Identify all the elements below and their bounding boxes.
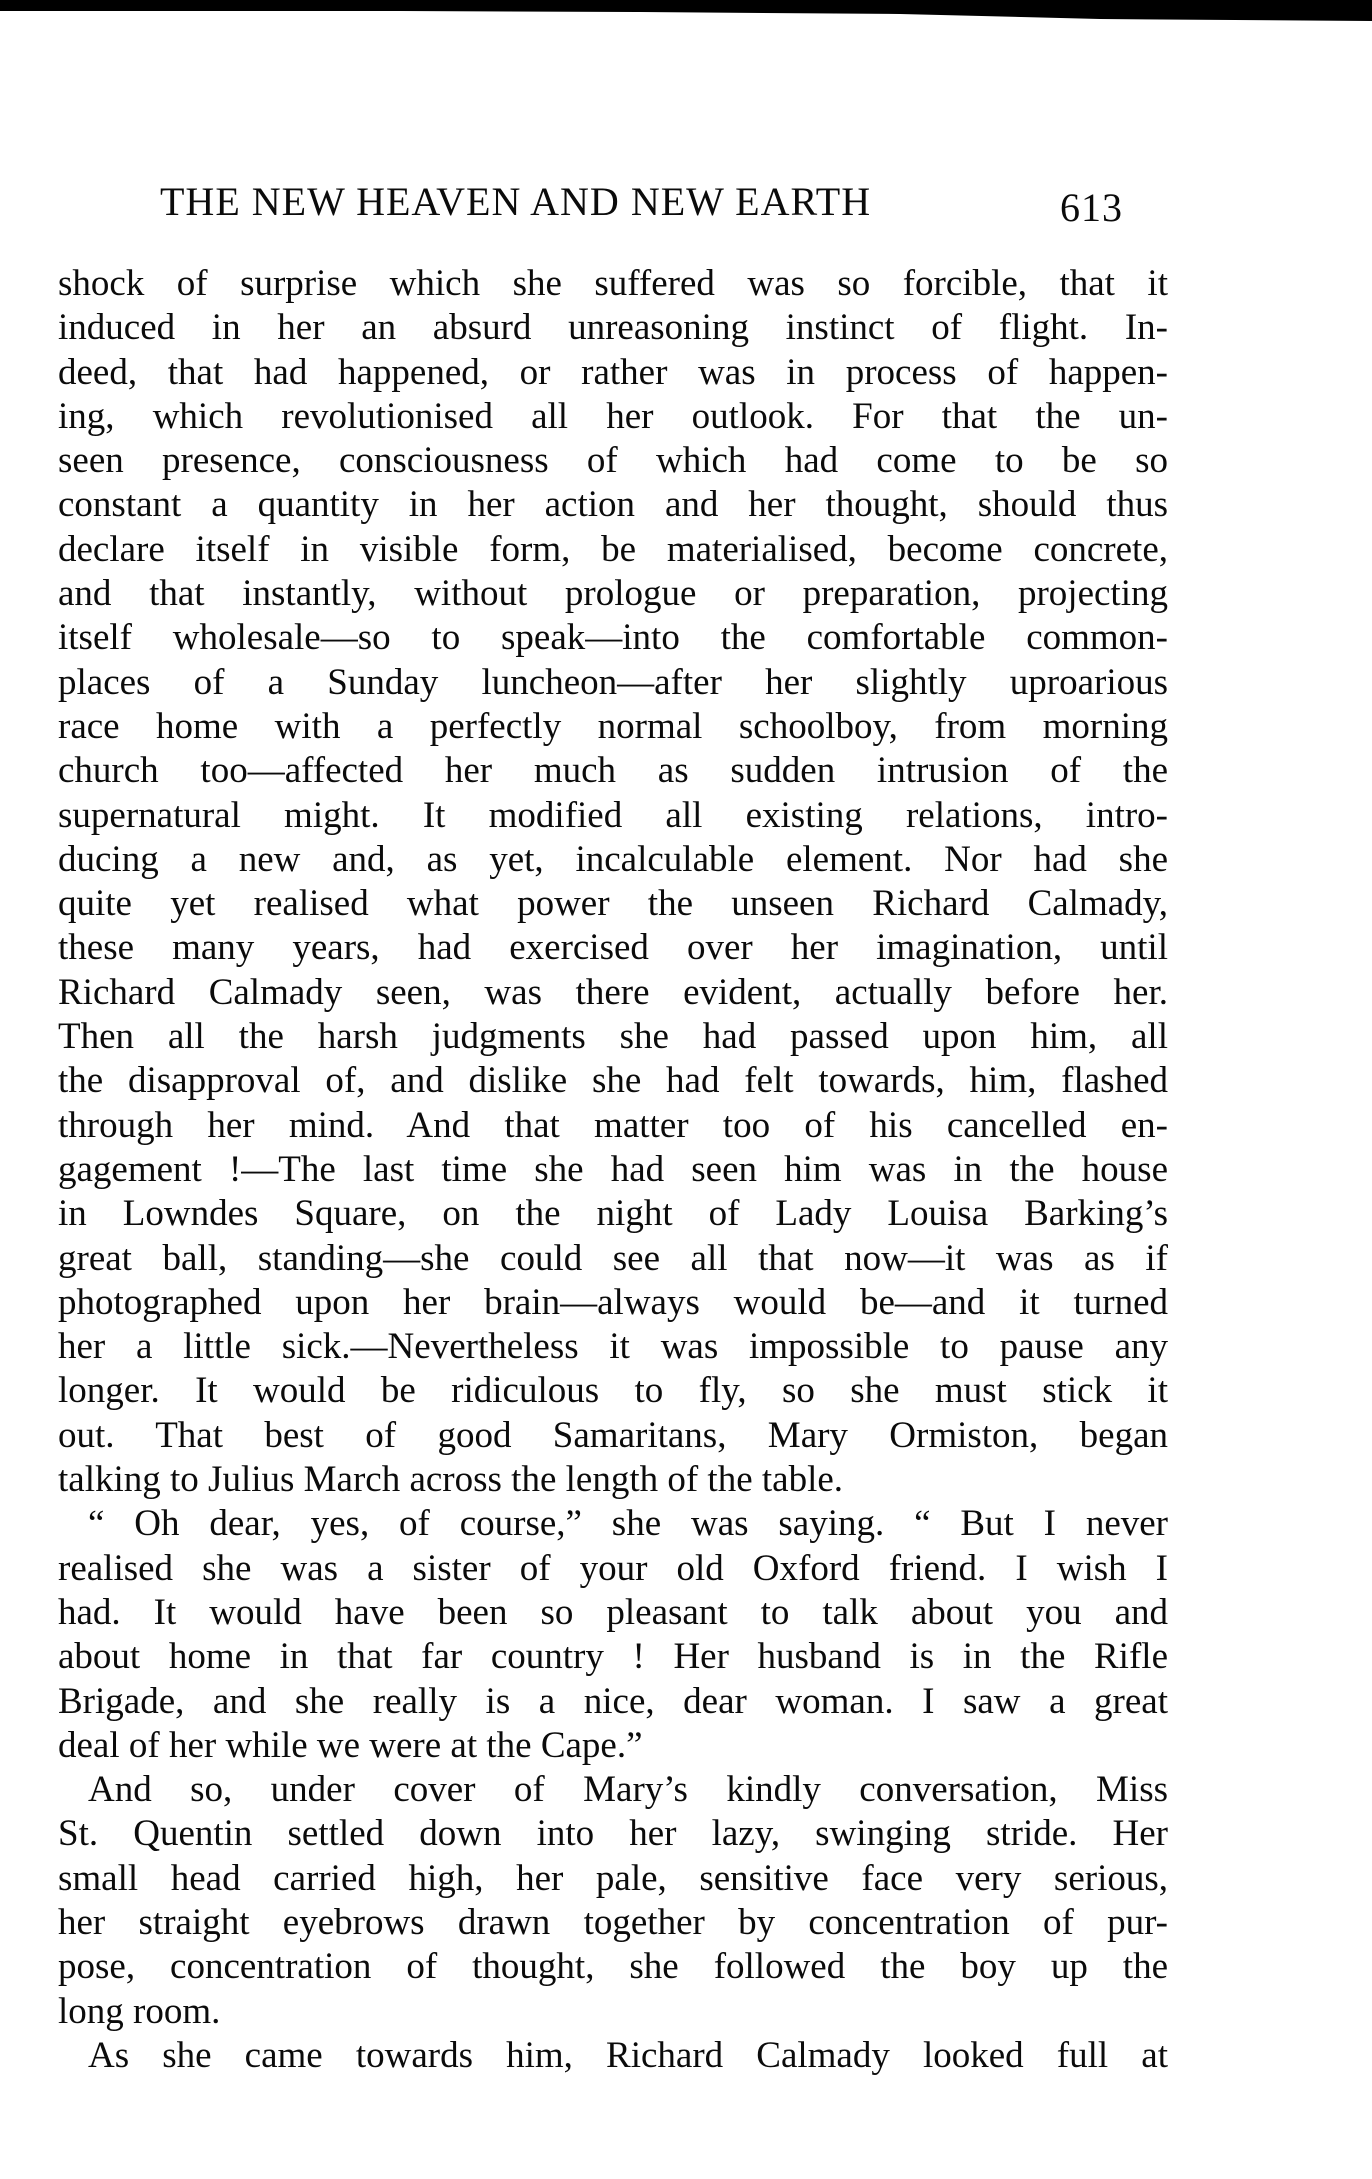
text-line: And so, under cover of Mary’s kindly con…: [58, 1768, 1168, 1812]
text-line: realised she was a sister of your old Ox…: [58, 1547, 1168, 1591]
text-line: quite yet realised what power the unseen…: [58, 882, 1168, 926]
text-line: through her mind. And that matter too of…: [58, 1104, 1168, 1148]
text-line: seen presence, consciousness of which ha…: [58, 439, 1168, 483]
text-line: great ball, standing—she could see all t…: [58, 1237, 1168, 1281]
text-line: out. That best of good Samaritans, Mary …: [58, 1414, 1168, 1458]
text-line: declare itself in visible form, be mater…: [58, 528, 1168, 572]
text-line: her straight eyebrows drawn together by …: [58, 1901, 1168, 1945]
text-line: Richard Calmady seen, was there evident,…: [58, 971, 1168, 1015]
chapter-title: THE NEW HEAVEN AND NEW EARTH: [160, 178, 871, 225]
text-line: St. Quentin settled down into her lazy, …: [58, 1812, 1168, 1856]
text-line: induced in her an absurd unreasoning ins…: [58, 306, 1168, 350]
page-number: 613: [1060, 184, 1123, 231]
text-line: longer. It would be ridiculous to fly, s…: [58, 1369, 1168, 1413]
text-line: small head carried high, her pale, sensi…: [58, 1857, 1168, 1901]
text-line: photographed upon her brain—always would…: [58, 1281, 1168, 1325]
text-line: these many years, had exercised over her…: [58, 926, 1168, 970]
text-line: race home with a perfectly normal school…: [58, 705, 1168, 749]
text-line: ing, which revolutionised all her outloo…: [58, 395, 1168, 439]
text-line: constant a quantity in her action and he…: [58, 483, 1168, 527]
text-line: about home in that far country ! Her hus…: [58, 1635, 1168, 1679]
text-line: the disapproval of, and dislike she had …: [58, 1059, 1168, 1103]
text-line: shock of surprise which she suffered was…: [58, 262, 1168, 306]
text-line: talking to Julius March across the lengt…: [58, 1458, 1168, 1502]
text-line: “ Oh dear, yes, of course,” she was sayi…: [58, 1502, 1168, 1546]
text-line: church too—affected her much as sudden i…: [58, 749, 1168, 793]
text-line: supernatural might. It modified all exis…: [58, 794, 1168, 838]
text-line: Then all the harsh judgments she had pas…: [58, 1015, 1168, 1059]
book-page: THE NEW HEAVEN AND NEW EARTH 613 shock o…: [0, 0, 1372, 2179]
text-line: her a little sick.—Nevertheless it was i…: [58, 1325, 1168, 1369]
text-line: had. It would have been so pleasant to t…: [58, 1591, 1168, 1635]
text-line: places of a Sunday luncheon—after her sl…: [58, 661, 1168, 705]
running-head: THE NEW HEAVEN AND NEW EARTH 613: [160, 172, 1180, 232]
text-line: pose, concentration of thought, she foll…: [58, 1945, 1168, 1989]
text-line: deal of her while we were at the Cape.”: [58, 1724, 1168, 1768]
text-line: As she came towards him, Richard Calmady…: [58, 2034, 1168, 2078]
text-line: in Lowndes Square, on the night of Lady …: [58, 1192, 1168, 1236]
text-line: itself wholesale—so to speak—into the co…: [58, 616, 1168, 660]
body-text: shock of surprise which she suffered was…: [58, 262, 1168, 2078]
text-line: and that instantly, without prologue or …: [58, 572, 1168, 616]
text-line: gagement !—The last time she had seen hi…: [58, 1148, 1168, 1192]
text-line: deed, that had happened, or rather was i…: [58, 351, 1168, 395]
text-line: Brigade, and she really is a nice, dear …: [58, 1680, 1168, 1724]
text-line: ducing a new and, as yet, incalculable e…: [58, 838, 1168, 882]
text-line: long room.: [58, 1990, 1168, 2034]
